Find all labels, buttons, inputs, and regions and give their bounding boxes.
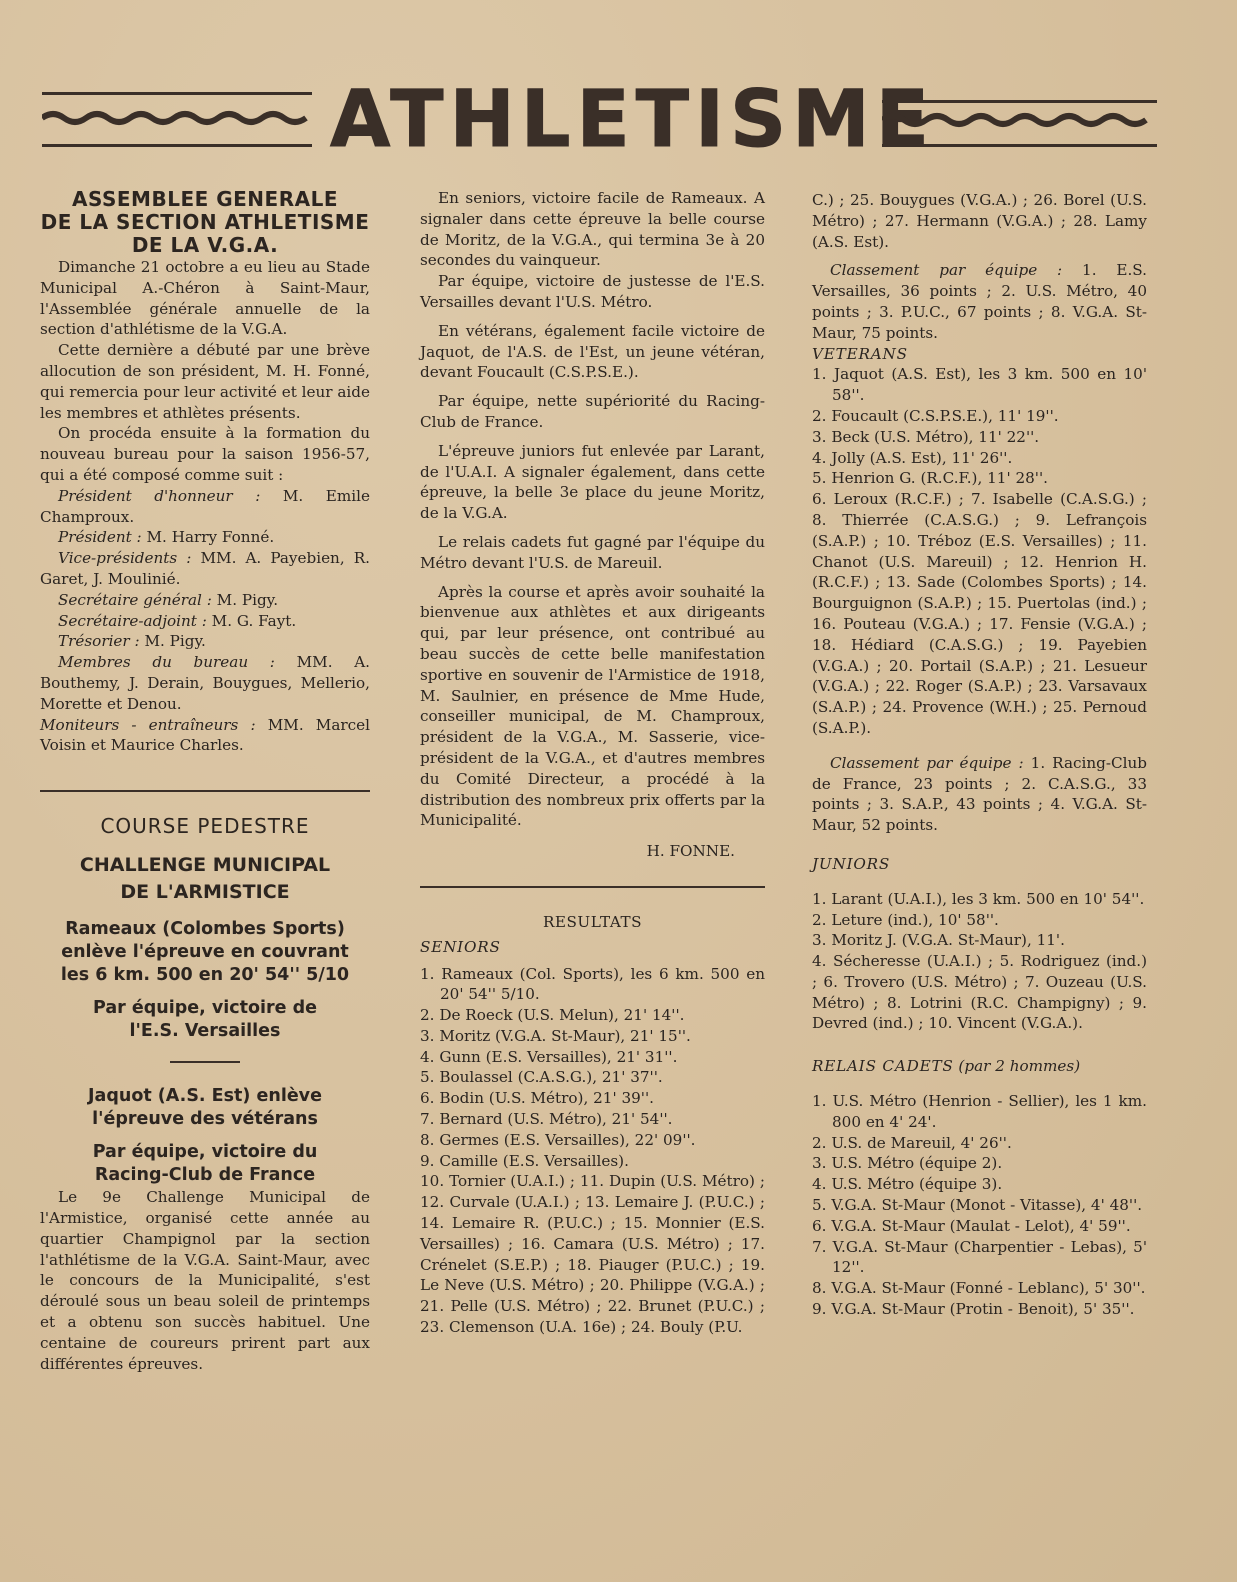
ranking-item: 1. U.S. Métro (Henrion - Sellier), les 1… [812,1091,1147,1133]
seniors-ranking-rest-cont: C.) ; 25. Bouygues (V.G.A.) ; 26. Borel … [812,190,1147,252]
results-title: RESULTATS [420,912,765,933]
section-divider [40,790,370,792]
ranking-item: 2. Foucault (C.S.P.S.E.), 11' 19''. [812,406,1147,427]
ranking-item: 3. Moritz J. (V.G.A. St-Maur), 11'. [812,930,1147,951]
ranking-item: 8. Germes (E.S. Versailles), 22' 09''. [420,1130,765,1151]
juniors-ranking-rest: 4. Sécheresse (U.A.I.) ; 5. Rodriguez (i… [812,951,1147,1034]
bureau-entry: Vice-présidents : MM. A. Payebien, R. Ga… [40,548,370,590]
masthead-rule-left [42,92,312,148]
bureau-entry: Président : M. Harry Fonné. [40,527,370,548]
report-paragraph: En seniors, victoire facile de Rameaux. … [420,188,765,271]
assembly-paragraph: Dimanche 21 octobre a eu lieu au Stade M… [40,257,370,340]
veterans-team-ranking: Classement par équipe : 1. Racing-Club d… [812,753,1147,836]
juniors-ranking: 1. Larant (U.A.I.), les 3 km. 500 en 10'… [812,889,1147,951]
column-3: C.) ; 25. Bouygues (V.G.A.) ; 26. Borel … [812,190,1147,1320]
assembly-paragraph: On procéda ensuite à la formation du nou… [40,423,370,485]
report-paragraph: Le relais cadets fut gagné par l'équipe … [420,532,765,574]
seniors-label: SENIORS [420,937,765,958]
challenge-heading: CHALLENGE MUNICIPAL DE L'ARMISTICE [40,852,370,906]
bureau-entry: Secrétaire général : M. Pigy. [40,590,370,611]
ranking-item: 2. U.S. de Mareuil, 4' 26''. [812,1133,1147,1154]
ranking-item: 5. V.G.A. St-Maur (Monot - Vitasse), 4' … [812,1195,1147,1216]
bureau-entry: Trésorier : M. Pigy. [40,631,370,652]
relay-label: RELAIS CADETS (par 2 hommes) [812,1056,1147,1077]
ranking-item: 6. V.G.A. St-Maur (Maulat - Lelot), 4' 5… [812,1216,1147,1237]
ranking-item: 3. U.S. Métro (équipe 2). [812,1153,1147,1174]
assembly-heading: ASSEMBLEE GENERALE DE LA SECTION ATHLETI… [40,188,370,257]
ranking-item: 1. Rameaux (Col. Sports), les 6 km. 500 … [420,964,765,1006]
subhead-seniors-team: Par équipe, victoire de l'E.S. Versaille… [40,997,370,1043]
seniors-team-ranking: Classement par équipe : 1. E.S. Versaill… [812,260,1147,343]
veterans-label: VETERANS [812,344,1147,365]
ranking-item: 6. Bodin (U.S. Métro), 21' 39''. [420,1088,765,1109]
ranking-item: 1. Jaquot (A.S. Est), les 3 km. 500 en 1… [812,364,1147,406]
ranking-item: 2. Leture (ind.), 10' 58''. [812,910,1147,931]
challenge-intro: Le 9e Challenge Municipal de l'Armistice… [40,1187,370,1374]
ranking-item: 2. De Roeck (U.S. Melun), 21' 14''. [420,1005,765,1026]
ranking-item: 3. Moritz (V.G.A. St-Maur), 21' 15''. [420,1026,765,1047]
report-paragraph: Après la course et après avoir souhaité … [420,582,765,832]
ranking-item: 4. U.S. Métro (équipe 3). [812,1174,1147,1195]
report-paragraph: L'épreuve juniors fut enlevée par Larant… [420,441,765,524]
column-2: En seniors, victoire facile de Rameaux. … [420,188,765,1338]
subhead-veterans: Jaquot (A.S. Est) enlève l'épreuve des v… [40,1085,370,1131]
seniors-ranking: 1. Rameaux (Col. Sports), les 6 km. 500 … [420,964,765,1172]
bureau-entry: Membres du bureau : MM. A. Bouthemy, J. … [40,652,370,714]
ranking-item: 7. V.G.A. St-Maur (Charpentier - Lebas),… [812,1237,1147,1279]
section-divider [420,886,765,888]
bureau-entry: Secrétaire-adjoint : M. G. Fayt. [40,611,370,632]
bureau-entry: Président d'honneur : M. Emile Champroux… [40,486,370,528]
report-paragraph: Par équipe, nette supériorité du Racing-… [420,391,765,433]
report-paragraph: Par équipe, victoire de justesse de l'E.… [420,271,765,313]
ranking-item: 5. Boulassel (C.A.S.G.), 21' 37''. [420,1067,765,1088]
ranking-item: 4. Gunn (E.S. Versailles), 21' 31''. [420,1047,765,1068]
ranking-item: 1. Larant (U.A.I.), les 3 km. 500 en 10'… [812,889,1147,910]
assembly-paragraph: Cette dernière a débuté par une brève al… [40,340,370,423]
report-paragraph: En vétérans, également facile victoire d… [420,321,765,383]
column-1: ASSEMBLEE GENERALE DE LA SECTION ATHLETI… [40,188,370,1374]
bureau-entry: Moniteurs - entraîneurs : MM. Marcel Voi… [40,715,370,757]
ranking-item: 9. Camille (E.S. Versailles). [420,1151,765,1172]
ranking-item: 8. V.G.A. St-Maur (Fonné - Leblanc), 5' … [812,1278,1147,1299]
page-title: ATHLETISME [330,80,860,160]
masthead-rule-right [882,100,1157,156]
ranking-item: 3. Beck (U.S. Métro), 11' 22''. [812,427,1147,448]
ranking-item: 5. Henrion G. (R.C.F.), 11' 28''. [812,468,1147,489]
subhead-veterans-team: Par équipe, victoire du Racing-Club de F… [40,1141,370,1187]
ranking-item: 9. V.G.A. St-Maur (Protin - Benoit), 5' … [812,1299,1147,1320]
subhead-seniors: Rameaux (Colombes Sports) enlève l'épreu… [40,918,370,987]
ranking-item: 4. Jolly (A.S. Est), 11' 26''. [812,448,1147,469]
course-kicker: COURSE PEDESTRE [40,814,370,838]
veterans-ranking: 1. Jaquot (A.S. Est), les 3 km. 500 en 1… [812,364,1147,489]
relay-ranking: 1. U.S. Métro (Henrion - Sellier), les 1… [812,1091,1147,1320]
veterans-ranking-rest: 6. Leroux (R.C.F.) ; 7. Isabelle (C.A.S.… [812,489,1147,739]
author-signature: H. FONNE. [420,841,765,862]
seniors-ranking-rest: 10. Tornier (U.A.I.) ; 11. Dupin (U.S. M… [420,1171,765,1337]
juniors-label: JUNIORS [812,854,1147,875]
ranking-item: 7. Bernard (U.S. Métro), 21' 54''. [420,1109,765,1130]
short-divider [170,1061,240,1063]
masthead: ATHLETISME [42,80,1157,160]
